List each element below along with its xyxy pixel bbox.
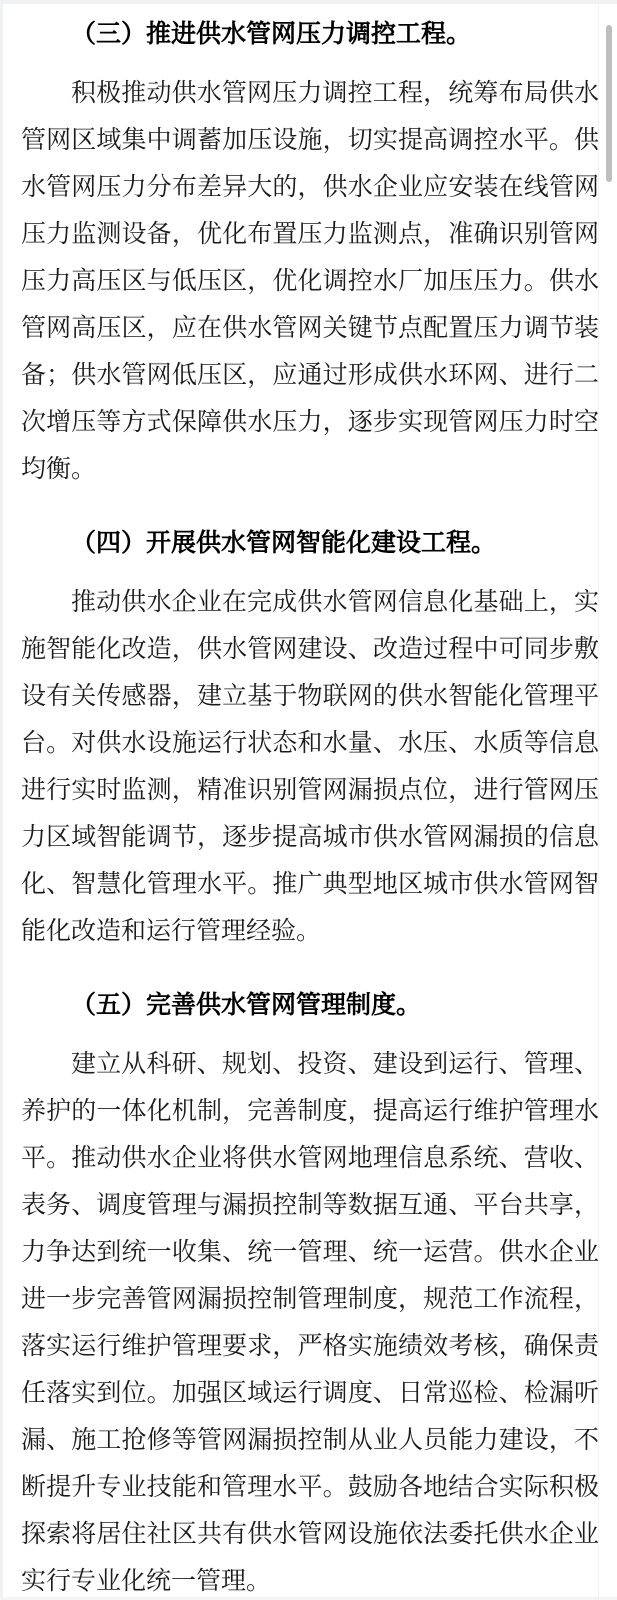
section-body: 建立从科研、规划、投资、建设到运行、管理、养护的一体化机制，完善制度，提高运行维…	[21, 1041, 599, 1600]
scrollbar-thumb[interactable]	[606, 25, 612, 182]
section-paragraph: 积极推动供水管网压力调控工程，统筹布局供水管网区域集中调蓄加压设施，切实提高调控…	[21, 70, 599, 493]
document-section: （五）完善供水管网管理制度。 建立从科研、规划、投资、建设到运行、管理、养护的一…	[21, 983, 599, 1600]
section-heading: （五）完善供水管网管理制度。	[21, 983, 599, 1027]
section-body: 积极推动供水管网压力调控工程，统筹布局供水管网区域集中调蓄加压设施，切实提高调控…	[21, 70, 599, 493]
section-paragraph: 推动供水企业在完成供水管网信息化基础上，实施智能化改造，供水管网建设、改造过程中…	[21, 579, 599, 955]
section-heading: （三）推进供水管网压力调控工程。	[21, 12, 599, 56]
section-paragraph: 建立从科研、规划、投资、建设到运行、管理、养护的一体化机制，完善制度，提高运行维…	[21, 1041, 599, 1600]
section-heading: （四）开展供水管网智能化建设工程。	[21, 521, 599, 565]
document-section: （四）开展供水管网智能化建设工程。 推动供水企业在完成供水管网信息化基础上，实施…	[21, 521, 599, 955]
document-page: （三）推进供水管网压力调控工程。 积极推动供水管网压力调控工程，统筹布局供水管网…	[3, 4, 617, 1600]
document-section: （三）推进供水管网压力调控工程。 积极推动供水管网压力调控工程，统筹布局供水管网…	[21, 12, 599, 493]
page-edge-top	[0, 0, 617, 4]
page-right-hairline	[598, 0, 599, 1600]
document-sections: （三）推进供水管网压力调控工程。 积极推动供水管网压力调控工程，统筹布局供水管网…	[21, 12, 599, 1600]
section-body: 推动供水企业在完成供水管网信息化基础上，实施智能化改造，供水管网建设、改造过程中…	[21, 579, 599, 955]
scrollbar[interactable]	[600, 0, 617, 1600]
document-viewport: { "page": { "background_color": "#ffffff…	[0, 0, 617, 1600]
page-edge-left	[0, 0, 3, 1600]
